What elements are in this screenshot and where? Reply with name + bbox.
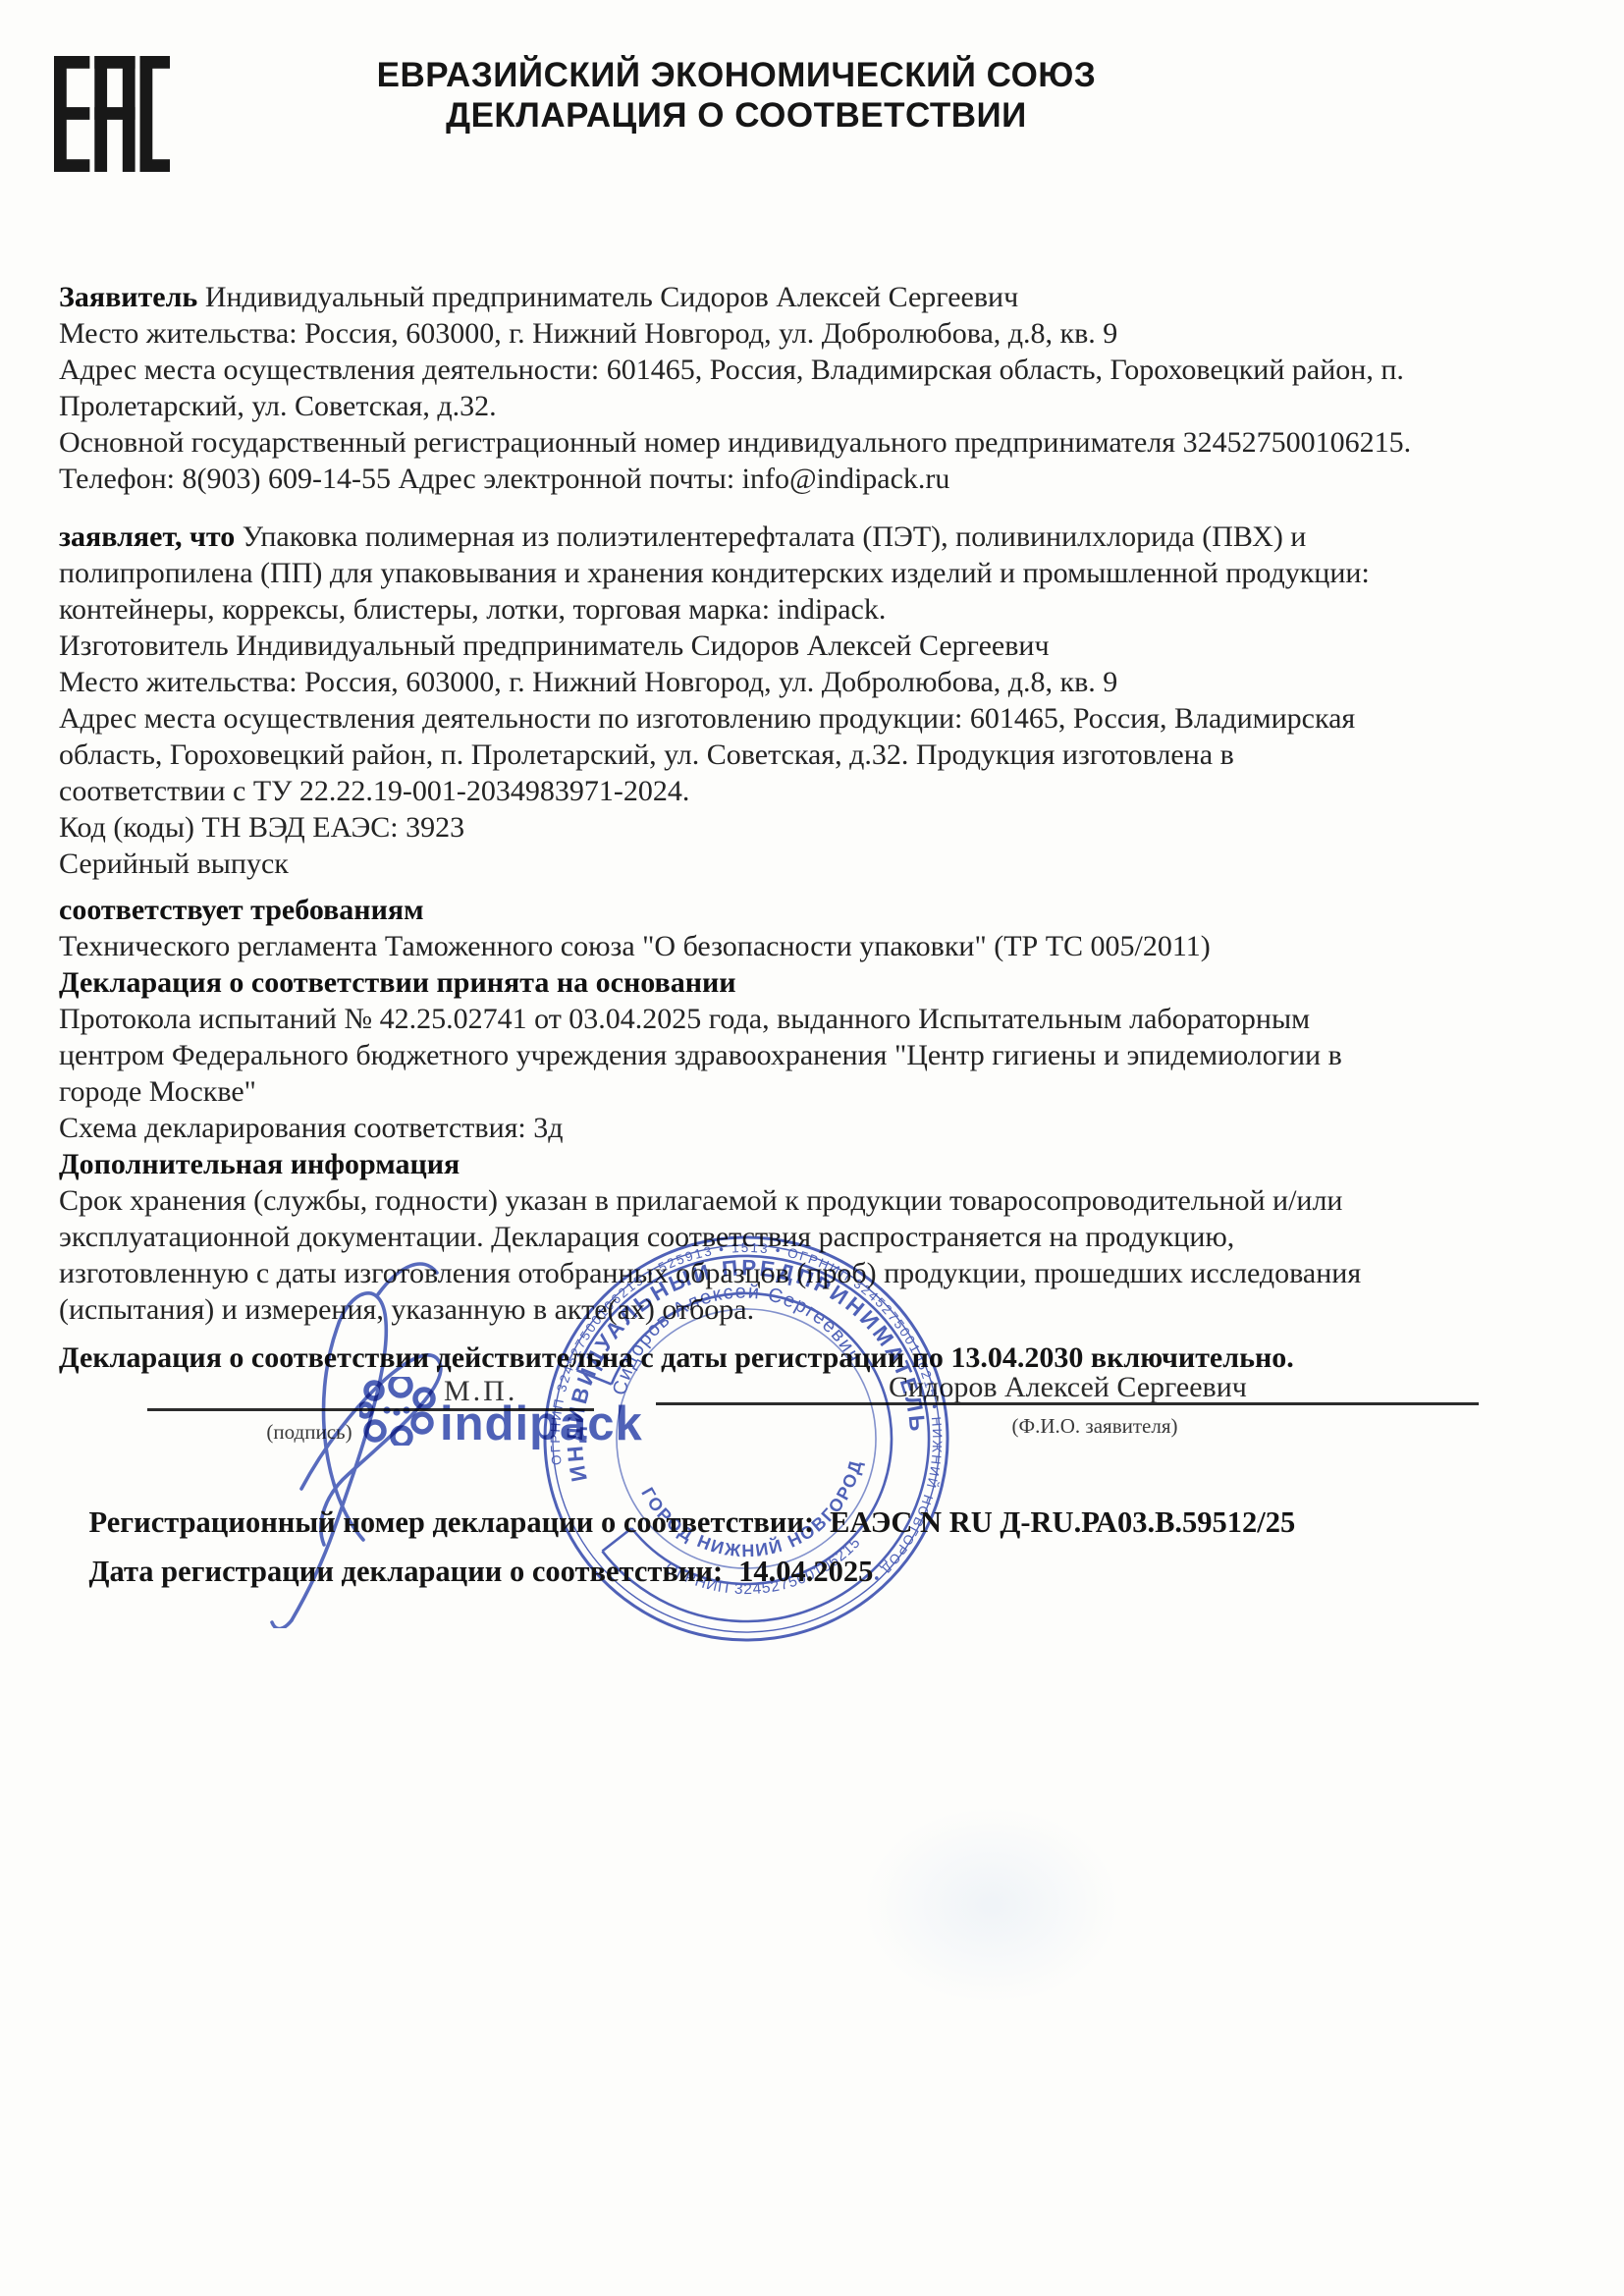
scan-smudge	[864, 1807, 1119, 2003]
product-section: заявляет, что Упаковка полимерная из пол…	[59, 519, 1591, 882]
text-line: Серийный выпуск	[59, 846, 1591, 882]
text-line: Пролетарский, ул. Советская, д.32.	[59, 388, 1591, 424]
text-line: контейнеры, коррексы, блистеры, лотки, т…	[59, 591, 1591, 628]
text-line: полипропилена (ПП) для упаковывания и хр…	[59, 555, 1591, 591]
title-line-union: ЕВРАЗИЙСКИЙ ЭКОНОМИЧЕСКИЙ СОЮЗ	[245, 55, 1227, 95]
text-line: Адрес места осуществления деятельности: …	[59, 352, 1591, 388]
text-line: Дополнительная информация	[59, 1146, 1591, 1182]
text-line: центром Федерального бюджетного учрежден…	[59, 1037, 1591, 1073]
text-line: Технического регламента Таможенного союз…	[59, 928, 1591, 964]
text-line: Основной государственный регистрационный…	[59, 424, 1591, 461]
text-line: Протокола испытаний № 42.25.02741 от 03.…	[59, 1001, 1591, 1037]
name-caption: (Ф.И.О. заявителя)	[938, 1414, 1252, 1439]
applicant-section: Заявитель Индивидуальный предприниматель…	[59, 279, 1591, 497]
text-line: соответствует требованиям	[59, 892, 1591, 928]
stamp-band-text: ИНДИВИДУАЛЬНЫЙ ПРЕДПРИНИМАТЕЛЬ	[540, 1232, 931, 1484]
text-line: Адрес места осуществления деятельности п…	[59, 700, 1591, 737]
text-line: Срок хранения (службы, годности) указан …	[59, 1182, 1591, 1219]
page-title: ЕВРАЗИЙСКИЙ ЭКОНОМИЧЕСКИЙ СОЮЗ ДЕКЛАРАЦИ…	[245, 55, 1227, 136]
text-line: заявляет, что Упаковка полимерная из пол…	[59, 519, 1591, 555]
registration-number-value: ЕАЭС N RU Д-RU.РА03.В.59512/25	[814, 1505, 1295, 1539]
text-line: Телефон: 8(903) 609-14-55 Адрес электрон…	[59, 461, 1591, 497]
declaration-document: ЕАС ЕВРАЗИЙСКИЙ ЭКОНОМИЧЕСКИЙ СОЮЗ ДЕКЛА…	[0, 0, 1624, 2296]
text-line: Код (коды) ТН ВЭД ЕАЭС: 3923	[59, 809, 1591, 846]
text-line: Декларация о соответствии принята на осн…	[59, 964, 1591, 1001]
registration-date-label: Дата регистрации декларации о соответств…	[89, 1555, 724, 1588]
registration-date-line: Дата регистрации декларации о соответств…	[59, 1520, 873, 1623]
text-line: Место жительства: Россия, 603000, г. Ниж…	[59, 664, 1591, 700]
text-line: Место жительства: Россия, 603000, г. Ниж…	[59, 315, 1591, 352]
text-line: область, Гороховецкий район, п. Пролетар…	[59, 737, 1591, 773]
text-line: Заявитель Индивидуальный предприниматель…	[59, 279, 1591, 315]
title-line-declaration: ДЕКЛАРАЦИЯ О СООТВЕТСТВИИ	[245, 95, 1227, 136]
svg-text:ИНДИВИДУАЛЬНЫЙ ПРЕДПРИНИМАТЕЛЬ: ИНДИВИДУАЛЬНЫЙ ПРЕДПРИНИМАТЕЛЬ	[540, 1232, 931, 1484]
registration-date-value: 14.04.2025	[723, 1555, 873, 1588]
text-line: соответствии с ТУ 22.22.19-001-203498397…	[59, 773, 1591, 809]
eac-logo: ЕАС	[54, 56, 170, 172]
text-line: Схема декларирования соответствия: 3д	[59, 1110, 1591, 1146]
text-line: Изготовитель Индивидуальный предпринимат…	[59, 628, 1591, 664]
text-line: городе Москве"	[59, 1073, 1591, 1110]
